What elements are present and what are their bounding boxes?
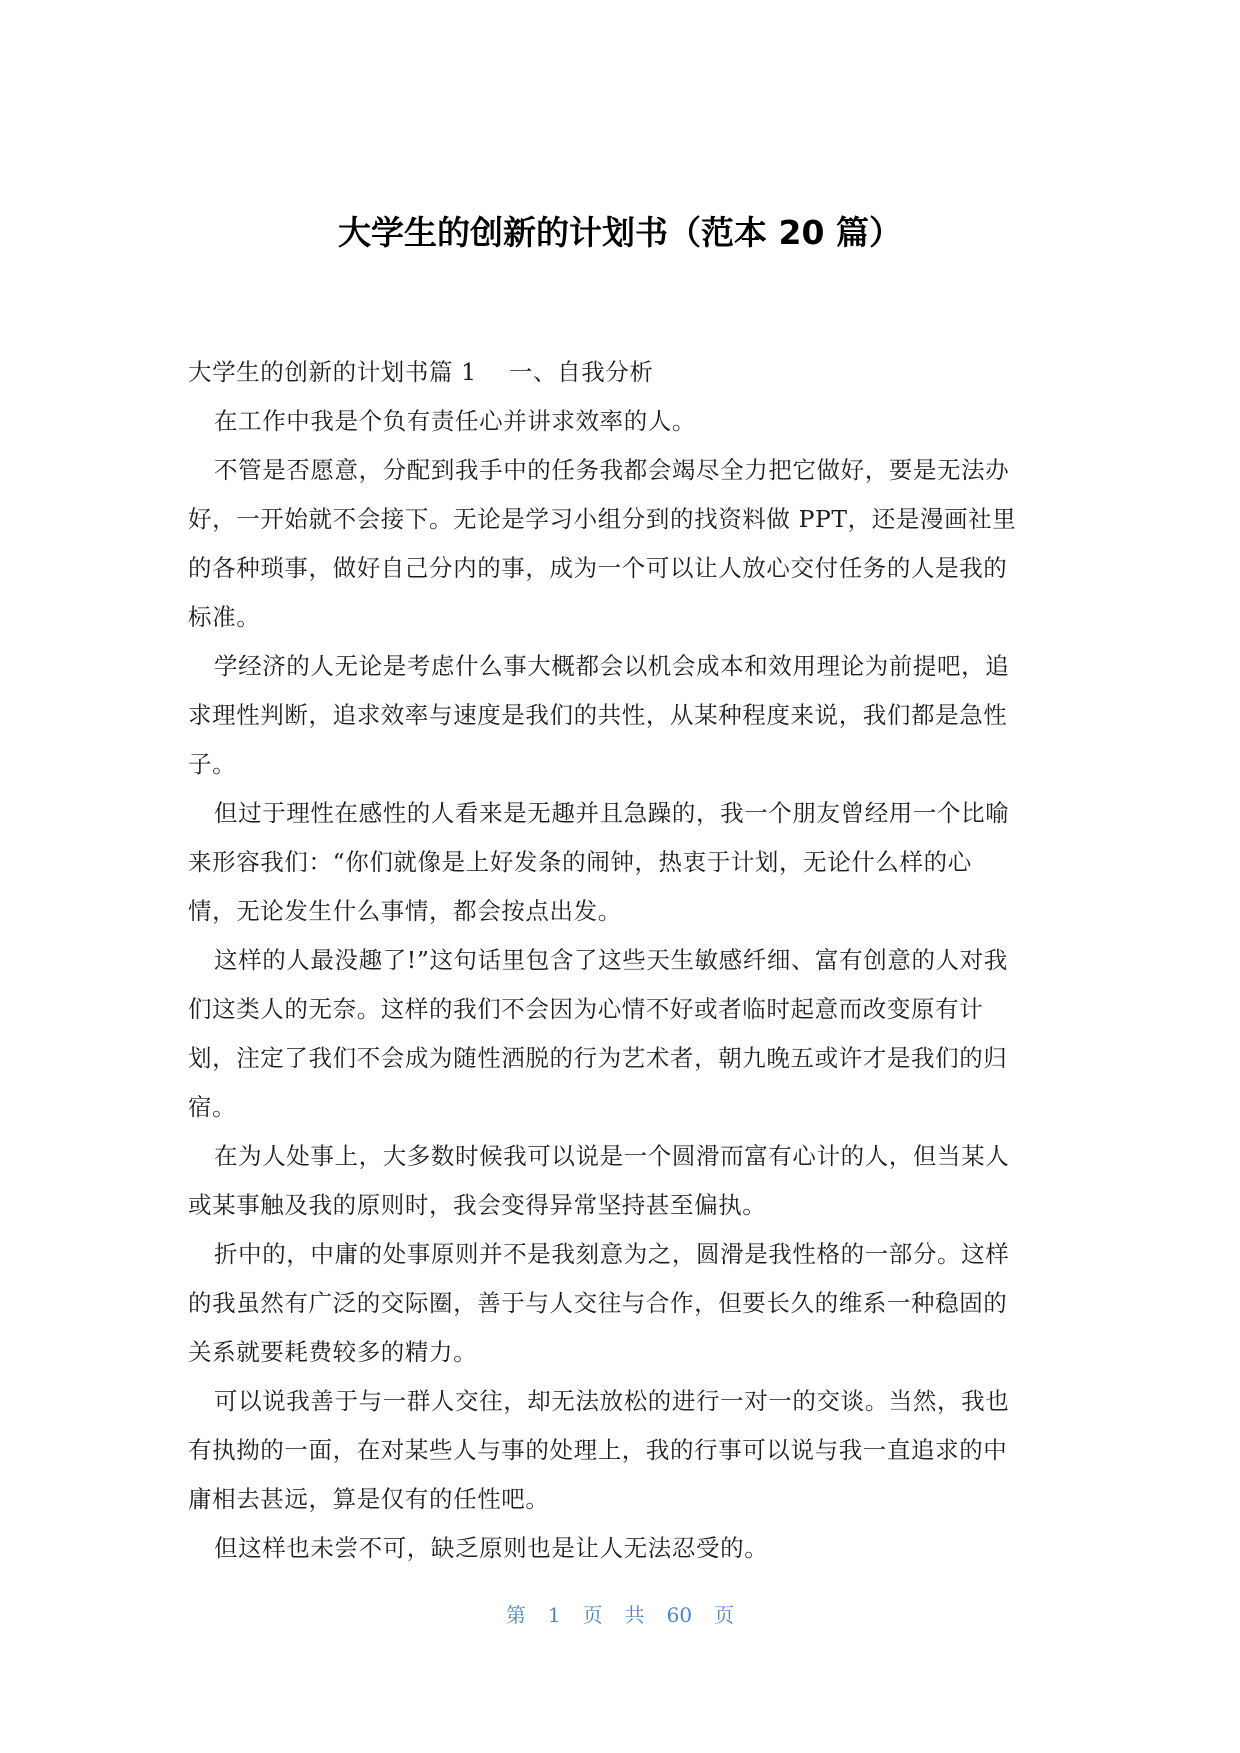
body-line: 在为人处事上，大多数时候我可以说是一个圆滑而富有心计的人，但当某人 (188, 1132, 1048, 1181)
total-pages-number: 60 (667, 1598, 692, 1632)
body-line: 关系就要耗费较多的精力。 (188, 1328, 1048, 1377)
body-line: 这样的人最没趣了!”这句话里包含了这些天生敏感纤细、富有创意的人对我 (188, 936, 1048, 985)
body-line: 但过于理性在感性的人看来是无趣并且急躁的，我一个朋友曾经用一个比喻 (188, 789, 1048, 838)
body-line: 划，注定了我们不会成为随性洒脱的行为艺术者，朝九晚五或许才是我们的归 (188, 1034, 1048, 1083)
document-body: 大学生的创新的计划书篇 1 一、自我分析 在工作中我是个负有责任心并讲求效率的人… (188, 348, 1048, 1573)
body-line: 标准。 (188, 593, 1048, 642)
body-line: 的我虽然有广泛的交际圈，善于与人交往与合作，但要长久的维系一种稳固的 (188, 1279, 1048, 1328)
body-line: 可以说我善于与一群人交往，却无法放松的进行一对一的交谈。当然，我也 (188, 1377, 1048, 1426)
body-line: 情，无论发生什么事情，都会按点出发。 (188, 887, 1048, 936)
body-line: 在工作中我是个负有责任心并讲求效率的人。 (188, 397, 1048, 446)
body-line: 庸相去甚远，算是仅有的任性吧。 (188, 1475, 1048, 1524)
body-line: 来形容我们：“你们就像是上好发条的闹钟，热衷于计划，无论什么样的心 (188, 838, 1048, 887)
page-prefix: 第 (506, 1598, 526, 1632)
body-line: 们这类人的无奈。这样的我们不会因为心情不好或者临时起意而改变原有计 (188, 985, 1048, 1034)
document-page: 大学生的创新的计划书（范本 20 篇） 大学生的创新的计划书篇 1 一、自我分析… (0, 0, 1240, 1753)
section-heading: 大学生的创新的计划书篇 1 一、自我分析 (188, 348, 1048, 397)
body-line: 折中的，中庸的处事原则并不是我刻意为之，圆滑是我性格的一部分。这样 (188, 1230, 1048, 1279)
body-line: 的各种琐事，做好自己分内的事，成为一个可以让人放心交付任务的人是我的 (188, 544, 1048, 593)
body-line: 子。 (188, 740, 1048, 789)
page-footer: 第1页共60页 (0, 1598, 1240, 1632)
body-line: 好，一开始就不会接下。无论是学习小组分到的找资料做 PPT，还是漫画社里 (188, 495, 1048, 544)
current-page-number: 1 (548, 1598, 561, 1632)
total-prefix: 共 (625, 1598, 645, 1632)
body-line: 宿。 (188, 1083, 1048, 1132)
body-line: 有执拗的一面，在对某些人与事的处理上，我的行事可以说与我一直追求的中 (188, 1426, 1048, 1475)
body-line: 不管是否愿意，分配到我手中的任务我都会竭尽全力把它做好，要是无法办 (188, 446, 1048, 495)
body-line: 但这样也未尝不可，缺乏原则也是让人无法忍受的。 (188, 1524, 1048, 1573)
page-suffix: 页 (583, 1598, 603, 1632)
body-line: 学经济的人无论是考虑什么事大概都会以机会成本和效用理论为前提吧，追 (188, 642, 1048, 691)
body-line: 或某事触及我的原则时，我会变得异常坚持甚至偏执。 (188, 1181, 1048, 1230)
body-line: 求理性判断，追求效率与速度是我们的共性，从某种程度来说，我们都是急性 (188, 691, 1048, 740)
total-suffix: 页 (714, 1598, 734, 1632)
document-title: 大学生的创新的计划书（范本 20 篇） (0, 208, 1240, 258)
